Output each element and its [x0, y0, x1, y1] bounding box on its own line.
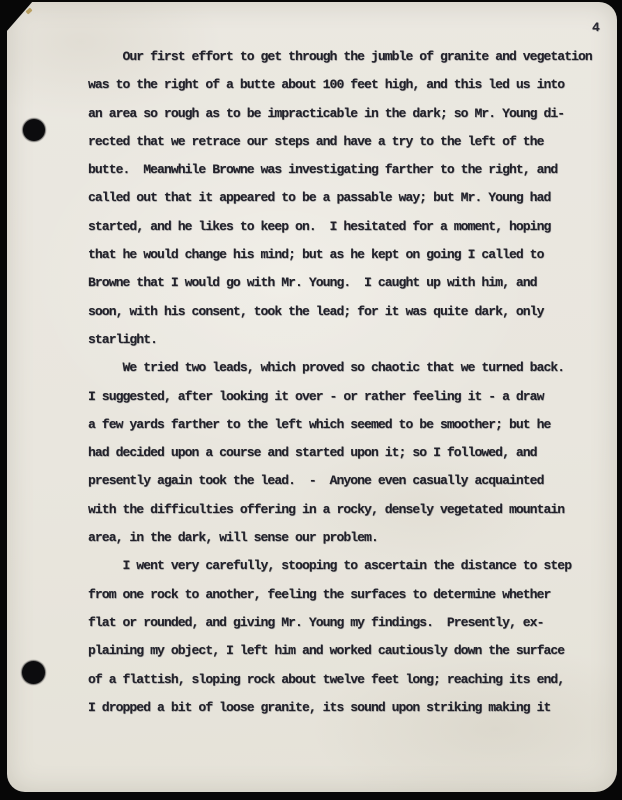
typed-line: of a flattish, sloping rock about twelve…	[88, 666, 608, 694]
typed-line: was to the right of a butte about 100 fe…	[88, 71, 608, 99]
typed-line: presently again took the lead. - Anyone …	[88, 467, 608, 495]
typed-line: I dropped a bit of loose granite, its so…	[88, 694, 608, 722]
page-number: 4	[592, 20, 600, 35]
corner-paper-sliver	[25, 8, 32, 15]
typed-line: plaining my object, I left him and worke…	[88, 637, 608, 665]
typed-line: soon, with his consent, took the lead; f…	[88, 298, 608, 326]
typed-line: rected that we retrace our steps and hav…	[88, 128, 608, 156]
typed-text-block: Our first effort to get through the jumb…	[88, 43, 608, 722]
typed-line: Our first effort to get through the jumb…	[88, 43, 608, 71]
typed-line: butte. Meanwhile Browne was investigatin…	[88, 156, 608, 184]
scan-backdrop: 4 Our first effort to get through the ju…	[0, 0, 622, 800]
hole-punch-bottom	[22, 661, 45, 684]
typed-line: starlight.	[88, 326, 608, 354]
typed-line: a few yards farther to the left which se…	[88, 411, 608, 439]
clipped-corner	[6, 1, 33, 32]
typed-line: flat or rounded, and giving Mr. Young my…	[88, 609, 608, 637]
typed-line: area, in the dark, will sense our proble…	[88, 524, 608, 552]
typed-line: had decided upon a course and started up…	[88, 439, 608, 467]
typed-line: an area so rough as to be impracticable …	[88, 100, 608, 128]
typed-line: with the difficulties offering in a rock…	[88, 496, 608, 524]
typed-line: from one rock to another, feeling the su…	[88, 581, 608, 609]
typed-line: Browne that I would go with Mr. Young. I…	[88, 269, 608, 297]
typed-line: We tried two leads, which proved so chao…	[88, 354, 608, 382]
hole-punch-top	[23, 119, 45, 141]
typed-line: I went very carefully, stooping to ascer…	[88, 552, 608, 580]
typed-line: I suggested, after looking it over - or …	[88, 383, 608, 411]
typed-line: started, and he likes to keep on. I hesi…	[88, 213, 608, 241]
typed-line: that he would change his mind; but as he…	[88, 241, 608, 269]
typed-line: called out that it appeared to be a pass…	[88, 184, 608, 212]
typescript-page: 4 Our first effort to get through the ju…	[7, 2, 617, 792]
